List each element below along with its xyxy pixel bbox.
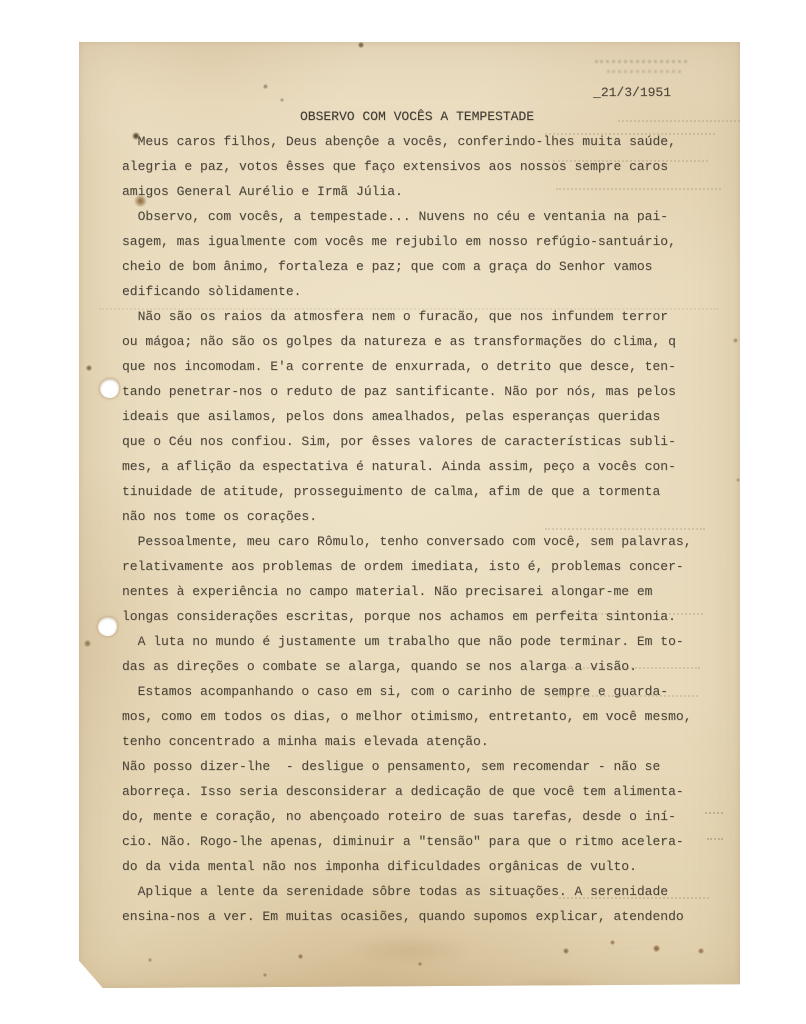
text-line: do, mente e coração, no abençoado roteir… <box>122 804 722 829</box>
stain <box>350 935 470 965</box>
text-line: Meus caros filhos, Deus abençôe a vocês,… <box>122 129 722 154</box>
text-line: Pessoalmente, meu caro Rômulo, tenho con… <box>122 529 722 554</box>
text-line: cio. Não. Rogo-lhe apenas, diminuir a "t… <box>122 829 722 854</box>
letter-date: _21/3/1951 <box>593 80 671 105</box>
text-line: ou mágoa; não são os golpes da natureza … <box>122 329 722 354</box>
text-line: edificando sòlidamente. <box>122 279 722 304</box>
text-line: A luta no mundo é justamente um trabalho… <box>122 629 722 654</box>
stain <box>563 948 569 954</box>
text-line: ideais que asilamos, pelos dons amealhad… <box>122 404 722 429</box>
stain <box>610 940 615 945</box>
text-line: do da vida mental não nos imponha dificu… <box>122 854 722 879</box>
stain <box>280 98 284 102</box>
text-line: Não são os raios da atmosfera nem o fura… <box>122 304 722 329</box>
text-line: relativamente aos problemas de ordem ime… <box>122 554 722 579</box>
text-line: ensina-nos a ver. Em muitas ocasiões, qu… <box>122 904 722 929</box>
letter-page: _21/3/1951 OBSERVO COM VOCÊS A TEMPESTAD… <box>79 42 740 988</box>
letter-title: OBSERVO COM VOCÊS A TEMPESTADE <box>122 104 712 129</box>
text-line: alegria e paz, votos êsses que faço exte… <box>122 154 722 179</box>
stain <box>733 338 738 343</box>
text-line: mes, a aflição da espectativa é natural.… <box>122 454 722 479</box>
stain <box>358 42 364 48</box>
text-line: Observo, com vocês, a tempestade... Nuve… <box>122 204 722 229</box>
text-line: Estamos acompanhando o caso em si, com o… <box>122 679 722 704</box>
text-line: tenho concentrado a minha mais elevada a… <box>122 729 722 754</box>
punch-hole-top <box>100 379 119 398</box>
text-line: não nos tome os corações. <box>122 504 722 529</box>
stain <box>263 84 268 89</box>
erased-text-ghost <box>607 70 681 79</box>
text-line: que nos incomodam. E'a corrente de enxur… <box>122 354 722 379</box>
text-line: longas considerações escritas, porque no… <box>122 604 722 629</box>
text-line: Aplique a lente da serenidade sôbre toda… <box>122 879 722 904</box>
stain <box>148 958 152 962</box>
punch-hole-bottom <box>96 615 119 638</box>
stain <box>298 954 303 959</box>
erased-text-ghost <box>595 60 687 69</box>
stain <box>653 945 660 952</box>
stain <box>736 478 740 482</box>
date-value: 21/3/1951 <box>601 85 671 100</box>
text-line: das as direções o combate se alarga, qua… <box>122 654 722 679</box>
text-line: mos, como em todos os dias, o melhor oti… <box>122 704 722 729</box>
stain <box>418 962 422 966</box>
text-line: tando penetrar-nos o reduto de paz santi… <box>122 379 722 404</box>
text-line: aborreça. Isso seria desconsiderar a ded… <box>122 779 722 804</box>
text-line: nentes à experiência no campo material. … <box>122 579 722 604</box>
text-line: amigos General Aurélio e Irmã Júlia. <box>122 179 722 204</box>
text-line: cheio de bom ânimo, fortaleza e paz; que… <box>122 254 722 279</box>
text-line: tinuidade de atitude, prosseguimento de … <box>122 479 722 504</box>
stain <box>509 977 599 999</box>
stain <box>84 640 91 647</box>
stain <box>86 365 92 371</box>
text-line: Não posso dizer-lhe - desligue o pensame… <box>122 754 722 779</box>
text-line: sagem, mas igualmente com vocês me rejub… <box>122 229 722 254</box>
stain <box>263 973 267 977</box>
letter-body: Meus caros filhos, Deus abençôe a vocês,… <box>122 129 722 929</box>
stain <box>698 948 704 954</box>
text-line: que o Céu nos confiou. Sim, por êsses va… <box>122 429 722 454</box>
date-underscore-mark: _ <box>593 85 601 100</box>
